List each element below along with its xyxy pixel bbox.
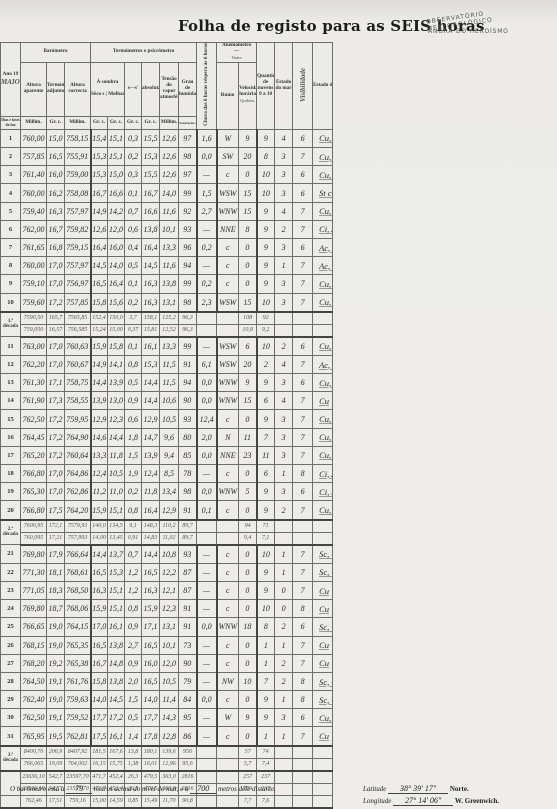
cell-alt-ap: 771,30 <box>21 563 47 581</box>
cell-molh: 15,8 <box>108 337 125 356</box>
cell-tensao: 14,0 <box>160 184 179 202</box>
cell-vel: 11 <box>239 428 257 446</box>
cell-tensao: 9,4 <box>160 446 179 464</box>
cell-obs: Cu <box>313 600 333 618</box>
summary-cell <box>217 771 239 784</box>
cell-vel: 5 <box>239 483 257 501</box>
summary-cell: 181,5 <box>91 746 108 759</box>
summary-cell <box>197 520 217 533</box>
cell-vel: 0 <box>239 654 257 672</box>
cell-vis: 6 <box>293 129 313 147</box>
cell-molh: 13,0 <box>108 392 125 410</box>
summary-cell-empty <box>313 532 333 545</box>
cell-hum: 78 <box>179 465 197 483</box>
cell-chuva: — <box>197 636 217 654</box>
decade-label: 1.ª década <box>1 312 21 337</box>
cell-vis: 7 <box>293 275 313 293</box>
cell-nuv: 10 <box>257 545 275 564</box>
cell-mar: 2 <box>275 220 293 238</box>
day-number: 10 <box>1 293 21 312</box>
summary-row: 2.ª década7600,95172,17579,93140,0134,59… <box>1 520 557 533</box>
summary-cell: 89,7 <box>179 532 197 545</box>
cell-term: 17,0 <box>47 483 65 501</box>
day-number: 16 <box>1 428 21 446</box>
cell-tensao: 10,1 <box>160 636 179 654</box>
cell-tensao: 12,8 <box>160 727 179 746</box>
unit-millim: Millim. <box>65 116 91 129</box>
day-number: 12 <box>1 355 21 373</box>
summary-cell: 7,1 <box>257 532 275 545</box>
cell-obs: Cu, St chuva leve intermitente durante a… <box>313 501 333 520</box>
cell-nuv: 6 <box>257 392 275 410</box>
cell-seco: 13,3 <box>91 446 108 464</box>
cell-rumo: c <box>217 563 239 581</box>
cell-alt-cor: 758,08 <box>65 184 91 202</box>
cell-rumo: NNE <box>217 220 239 238</box>
cell-molh: 15,1 <box>108 148 125 166</box>
cell-mar: 4 <box>275 355 293 373</box>
summary-cell: 3,7 <box>125 312 142 325</box>
summary-cell-empty <box>293 324 313 337</box>
cell-alt-cor: 762,86 <box>65 483 91 501</box>
summary-cell: 257 <box>239 771 257 784</box>
cell-nuv: 9 <box>257 709 275 727</box>
summary-cell: 5,7 <box>239 758 257 771</box>
cell-tensao: 12,9 <box>160 501 179 520</box>
cell-tensao: 10,1 <box>160 220 179 238</box>
table-row: 12762,2017,0760,6714,914,10,815,311,5916… <box>1 355 557 373</box>
summary-cell: 172,1 <box>47 520 65 533</box>
cell-seco: 14,5 <box>91 257 108 275</box>
cell-alt-ap: 769,80 <box>21 545 47 564</box>
thermometer-header: Termómetros e psicrómetro <box>91 43 197 63</box>
cell-rumo: c <box>217 410 239 428</box>
summary-cell: 23597,70 <box>65 771 91 784</box>
mean-cell: 759,16 <box>65 795 91 808</box>
summary-cell-empty <box>293 312 313 325</box>
cell-vis: 7 <box>293 257 313 275</box>
summary-cell: 237 <box>257 771 275 784</box>
cell-mar: 3 <box>275 293 293 312</box>
cell-chuva: — <box>197 337 217 356</box>
cell-alt-ap: 760,00 <box>21 184 47 202</box>
cell-vis: 7 <box>293 501 313 520</box>
cell-term: 16,5 <box>47 148 65 166</box>
summary-row: 766,06519,09764,00216,1515,751,3816,0112… <box>1 758 557 771</box>
cell-vis: 6 <box>293 238 313 256</box>
cell-abs: 16,7 <box>142 184 160 202</box>
summary-cell <box>197 746 217 759</box>
cell-alt-ap: 768,15 <box>21 636 47 654</box>
register-body: 1760,0015,0758,1515,415,10,315,512,6971,… <box>1 129 557 807</box>
summary-cell: 8400,70 <box>21 746 47 759</box>
register-sheet: Folha de registo para as SEIS horas OBSE… <box>0 0 557 809</box>
table-row: 28764,5019,1761,7615,813,82,016,510,579—… <box>1 672 557 690</box>
cell-obs: Cu, chuviscos leves de chuva durante a n… <box>313 428 333 446</box>
table-row: 23771,0518,3768,5016,315,11,216,312,187—… <box>1 581 557 599</box>
cell-tensao: 13,1 <box>160 293 179 312</box>
cell-diff: 0,1 <box>125 337 142 356</box>
cell-alt-ap: 762,20 <box>21 355 47 373</box>
mean-cell: 15,49 <box>142 795 160 808</box>
cell-molh: 10,5 <box>108 465 125 483</box>
cell-alt-cor: 761,76 <box>65 672 91 690</box>
table-row: 10759,6017,2757,8515,815,60,216,313,1982… <box>1 293 557 312</box>
cell-mar: 3 <box>275 709 293 727</box>
anemometer-header: Anemómetro—Vento <box>217 43 257 63</box>
cell-abs: 16,1 <box>142 337 160 356</box>
cell-diff: 0,9 <box>125 654 142 672</box>
cell-molh: 11,0 <box>108 483 125 501</box>
cell-tensao: 10,5 <box>160 410 179 428</box>
summary-cell: 11,02 <box>160 532 179 545</box>
cell-chuva: 0,2 <box>197 238 217 256</box>
cell-chuva: 2,7 <box>197 202 217 220</box>
cell-molh: 16,4 <box>108 275 125 293</box>
cell-seco: 17,5 <box>91 727 108 746</box>
cell-abs: 16,4 <box>142 238 160 256</box>
unit-millim: Millim. <box>21 116 47 129</box>
cell-tensao: 12,3 <box>160 600 179 618</box>
cell-rumo: c <box>217 654 239 672</box>
summary-cell: 2816 <box>179 771 197 784</box>
cell-nuv: 10 <box>257 600 275 618</box>
cell-abs: 14,4 <box>142 374 160 392</box>
table-row: 30762,5019,1759,5217,717,20,517,714,395—… <box>1 709 557 727</box>
cell-tensao: 11,6 <box>160 202 179 220</box>
cell-obs: Cu <box>313 727 333 746</box>
cell-tensao: 14,3 <box>160 709 179 727</box>
cell-alt-cor: 760,64 <box>65 446 91 464</box>
cell-seco: 16,5 <box>91 636 108 654</box>
cell-abs: 16,5 <box>142 672 160 690</box>
cell-diff: 0,8 <box>125 355 142 373</box>
table-row: 25766,6519,0764,1517,016,10,917,113,1910… <box>1 618 557 636</box>
mean-cell: 762,46 <box>21 795 47 808</box>
cell-chuva: 0,2 <box>197 275 217 293</box>
cell-term: 16,2 <box>47 184 65 202</box>
latitude-value: 38° 39' 17" <box>388 784 448 794</box>
summary-cell: 96,3 <box>179 312 197 325</box>
cell-vel: 0 <box>239 275 257 293</box>
mean-cell: 17,51 <box>47 795 65 808</box>
summary-cell-empty <box>293 758 313 771</box>
cell-molh: 16,0 <box>108 238 125 256</box>
summary-cell: 13,45 <box>108 532 125 545</box>
cell-diff: 0,2 <box>125 483 142 501</box>
cell-rumo: W <box>217 129 239 147</box>
cell-vel: 0 <box>239 410 257 428</box>
cell-seco: 17,0 <box>91 618 108 636</box>
cell-diff: 0,8 <box>125 600 142 618</box>
cell-alt-cor: 768,06 <box>65 600 91 618</box>
cell-nuv: 9 <box>257 238 275 256</box>
cell-rumo: c <box>217 581 239 599</box>
cell-obs: Cu <box>313 581 333 599</box>
summary-cell: 71 <box>257 520 275 533</box>
cell-tensao: 11,5 <box>160 374 179 392</box>
cell-nuv: 6 <box>257 465 275 483</box>
cell-obs: Cu, chuvisco fraco de chuva depois das 2… <box>313 446 333 464</box>
cell-mar: 3 <box>275 238 293 256</box>
cell-diff: 2,0 <box>125 672 142 690</box>
cell-term: 17,9 <box>47 545 65 564</box>
cell-mar: 0 <box>275 600 293 618</box>
cell-chuva: — <box>197 257 217 275</box>
cell-hum: 97 <box>179 129 197 147</box>
cell-term: 17,5 <box>47 501 65 520</box>
cell-alt-cor: 760,63 <box>65 337 91 356</box>
cell-rumo: N <box>217 428 239 446</box>
cell-nuv: 9 <box>257 374 275 392</box>
cell-vel: 15 <box>239 184 257 202</box>
day-number: 3 <box>1 166 21 184</box>
cell-obs: St chuva leve intermitente durante a noi… <box>313 184 333 202</box>
cell-obs: Cu <box>313 636 333 654</box>
summary-cell: 13,8 <box>125 746 142 759</box>
summary-cell-empty <box>313 758 333 771</box>
cell-tensao: 8,5 <box>160 465 179 483</box>
cell-molh: 14,0 <box>108 257 125 275</box>
cell-seco: 14,4 <box>91 374 108 392</box>
summary-cell-empty <box>313 312 333 325</box>
cell-term: 17,0 <box>47 355 65 373</box>
cell-vel: 9 <box>239 374 257 392</box>
cell-obs: Cu, St chuva leve intermitente durante a… <box>313 293 333 312</box>
cell-mar: 1 <box>275 563 293 581</box>
cell-chuva: 0,1 <box>197 501 217 520</box>
cell-vis: 6 <box>293 337 313 356</box>
cell-vel: 6 <box>239 337 257 356</box>
summary-cell: 150,0 <box>108 312 125 325</box>
cell-hum: 79 <box>179 672 197 690</box>
day-number: 18 <box>1 465 21 483</box>
summary-cell-empty <box>313 746 333 759</box>
summary-row: 3.ª década8400,70206,98407,92181,5167,61… <box>1 746 557 759</box>
summary-cell: 0,37 <box>125 324 142 337</box>
table-row: 31765,9519,5762,8117,516,11,417,812,886—… <box>1 727 557 746</box>
cell-alt-cor: 764,86 <box>65 465 91 483</box>
cell-term: 17,1 <box>47 374 65 392</box>
table-row: 8760,0017,0757,9714,514,00,514,511,694—c… <box>1 257 557 275</box>
cell-rumo: WNW <box>217 618 239 636</box>
summary-cell: 74 <box>257 746 275 759</box>
cell-mar: 2 <box>275 672 293 690</box>
cell-alt-cor: 757,97 <box>65 257 91 275</box>
cell-vis: 7 <box>293 202 313 220</box>
cell-obs: Cu, St chuva leve intermitente <box>313 275 333 293</box>
summary-cell-empty <box>313 324 333 337</box>
table-row: 6762,0016,7759,8212,612,00,613,810,193—N… <box>1 220 557 238</box>
cell-molh: 13,8 <box>108 636 125 654</box>
cell-diff: 1,2 <box>125 563 142 581</box>
cell-term: 15,0 <box>47 129 65 147</box>
cell-hum: 91 <box>179 355 197 373</box>
cell-nuv: 1 <box>257 727 275 746</box>
cell-rumo: WNW <box>217 202 239 220</box>
cell-obs: Sc, Cu, St <box>313 545 333 564</box>
cell-vis: 6 <box>293 166 313 184</box>
cell-obs: Cu, St chuva leve intermitente durante a… <box>313 202 333 220</box>
mean-cell: 7,7 <box>239 795 257 808</box>
cell-chuva: — <box>197 220 217 238</box>
cell-diff: 0,3 <box>125 166 142 184</box>
summary-cell: 9,2 <box>257 324 275 337</box>
cell-rumo: c <box>217 600 239 618</box>
cell-vel: 23 <box>239 446 257 464</box>
cell-term: 17,2 <box>47 410 65 428</box>
cell-seco: 16,5 <box>91 563 108 581</box>
cell-vel: 0 <box>239 238 257 256</box>
cell-mar: 2 <box>275 501 293 520</box>
cell-term: 17,0 <box>47 275 65 293</box>
summary-cell <box>197 758 217 771</box>
cell-mar: 4 <box>275 392 293 410</box>
summary-row: 1.ª década7590,50165,77565,85152,4150,03… <box>1 312 557 325</box>
summary-cell: 764,002 <box>65 758 91 771</box>
barometer-note: O barómetro está a 79 metros acima do ní… <box>10 784 276 794</box>
days-header: Dias e fases da lua <box>1 116 21 129</box>
day-number: 17 <box>1 446 21 464</box>
cell-obs: Cu, St <box>313 166 333 184</box>
cell-vis: 7 <box>293 355 313 373</box>
longitude-line: Longitude 27° 14' 06" W. Greenwich. <box>363 796 499 806</box>
cell-abs: 16,6 <box>142 202 160 220</box>
unit-grc: Gr. c. <box>91 116 108 129</box>
summary-cell-empty <box>275 532 293 545</box>
shade-header: À sombraSêco s | Molhado s' <box>91 62 125 116</box>
cell-hum: 99 <box>179 275 197 293</box>
cell-tensao: 11,6 <box>160 257 179 275</box>
cell-hum: 92 <box>179 202 197 220</box>
cell-nuv: 7 <box>257 428 275 446</box>
cell-term: 17,3 <box>47 392 65 410</box>
cell-rumo: WSW <box>217 293 239 312</box>
cell-obs: Ac, Cu, St chuva leve contínua depois da… <box>313 238 333 256</box>
summary-cell: 110,2 <box>160 520 179 533</box>
summary-cell <box>217 532 239 545</box>
cell-tensao: 9,6 <box>160 428 179 446</box>
cell-diff: 0,2 <box>125 148 142 166</box>
summary-cell: 8407,92 <box>65 746 91 759</box>
cell-abs: 17,8 <box>142 727 160 746</box>
summary-cell: 766,065 <box>21 758 47 771</box>
cell-vel: 20 <box>239 148 257 166</box>
summary-cell: 165,7 <box>47 312 65 325</box>
summary-cell: 757,993 <box>65 532 91 545</box>
cell-chuva: 0,0 <box>197 483 217 501</box>
cell-hum: 95 <box>179 709 197 727</box>
summary-cell-empty <box>313 795 333 808</box>
cell-diff: 0,9 <box>125 618 142 636</box>
cell-vel: 0 <box>239 563 257 581</box>
cell-vis: 7 <box>293 410 313 428</box>
cell-obs: Cu, chuva fraca durante a noite <box>313 374 333 392</box>
cell-alt-ap: 764,50 <box>21 672 47 690</box>
cell-hum: 94 <box>179 257 197 275</box>
cell-hum: 90 <box>179 654 197 672</box>
cell-term: 16,0 <box>47 166 65 184</box>
cell-hum: 96 <box>179 238 197 256</box>
cell-chuva: 1,6 <box>197 129 217 147</box>
cell-tensao: 11,4 <box>160 691 179 709</box>
summary-cell: 1,38 <box>125 758 142 771</box>
summary-cell-empty <box>275 795 293 808</box>
cell-hum: 85 <box>179 446 197 464</box>
cell-obs: Ci, Ac, Ci, Cu <box>313 220 333 238</box>
cell-diff: 0,8 <box>125 501 142 520</box>
cell-diff: 1,2 <box>125 581 142 599</box>
cell-abs: 12,4 <box>142 465 160 483</box>
cell-diff: 0,5 <box>125 374 142 392</box>
cell-term: 17,0 <box>47 337 65 356</box>
summary-cell: 94 <box>239 520 257 533</box>
cell-obs: Cu, Cb, chuviscos leves de chuva, aguace… <box>313 410 333 428</box>
day-number: 21 <box>1 545 21 564</box>
cell-mar: 3 <box>275 275 293 293</box>
barometer-header: Barómetro <box>21 43 91 63</box>
cell-hum: 91 <box>179 600 197 618</box>
cell-alt-cor: 764,90 <box>65 428 91 446</box>
rain-header: Chuva das 6 horas véspera às 6 horas <box>197 43 217 130</box>
cell-abs: 17,7 <box>142 709 160 727</box>
table-row: 26768,1519,0765,3516,513,82,716,510,173—… <box>1 636 557 654</box>
cell-term: 19,0 <box>47 691 65 709</box>
summary-cell <box>197 324 217 337</box>
day-number: 8 <box>1 257 21 275</box>
cell-seco: 15,8 <box>91 672 108 690</box>
cell-vel: 20 <box>239 355 257 373</box>
summary-cell-empty <box>293 771 313 784</box>
cell-seco: 15,9 <box>91 501 108 520</box>
summary-cell: 363,0 <box>160 771 179 784</box>
cell-diff: 1,9 <box>125 465 142 483</box>
cell-nuv: 1 <box>257 654 275 672</box>
cell-tensao: 13,4 <box>160 483 179 501</box>
cell-chuva: 0,0 <box>197 618 217 636</box>
cell-alt-ap: 762,40 <box>21 691 47 709</box>
cell-vel: 0 <box>239 166 257 184</box>
cell-abs: 15,5 <box>142 166 160 184</box>
cell-rumo: c <box>217 166 239 184</box>
cell-mar: 1 <box>275 636 293 654</box>
register-table: Ano 19MAIO 1941 Barómetro Termómetros e … <box>0 42 557 809</box>
cell-chuva: 12,4 <box>197 410 217 428</box>
cell-alt-ap: 769,80 <box>21 600 47 618</box>
cell-obs: Ci, St chuva leve intermitente <box>313 483 333 501</box>
cell-nuv: 1 <box>257 636 275 654</box>
summary-cell: 15,81 <box>142 324 160 337</box>
cell-hum: 90 <box>179 392 197 410</box>
summary-cell: 12,96 <box>160 758 179 771</box>
day-number: 9 <box>1 275 21 293</box>
cell-alt-ap: 762,50 <box>21 709 47 727</box>
cell-hum: 91 <box>179 618 197 636</box>
summary-cell: 17,21 <box>47 532 65 545</box>
table-row: 7761,6516,8759,1516,416,00,416,413,3960,… <box>1 238 557 256</box>
unit-grc: Gr. c. <box>125 116 142 129</box>
cell-hum: 94 <box>179 374 197 392</box>
cell-vis: 7 <box>293 428 313 446</box>
cell-term: 17,0 <box>47 465 65 483</box>
cell-tensao: 10,8 <box>160 545 179 564</box>
summary-cell: 19,09 <box>47 758 65 771</box>
cell-vel: 0 <box>239 600 257 618</box>
cell-seco: 14,4 <box>91 545 108 564</box>
cell-chuva: — <box>197 166 217 184</box>
table-row: 20766,8017,5764,2015,915,10,816,412,9910… <box>1 501 557 520</box>
cell-rumo: c <box>217 691 239 709</box>
